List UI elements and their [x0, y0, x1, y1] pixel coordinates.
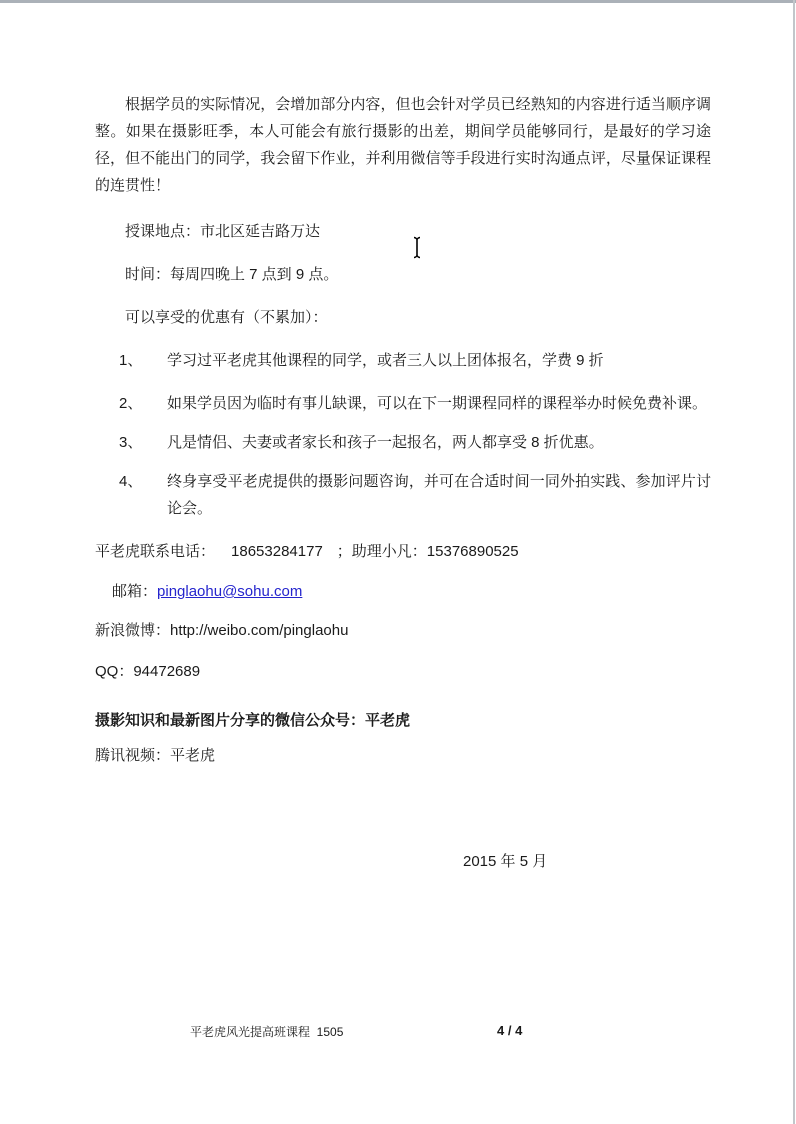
assistant-number: 15376890525: [427, 543, 519, 560]
list-item-text: 如果学员因为临时有事儿缺课，可以在下一期课程同样的课程举办时候免费补课。: [167, 395, 707, 412]
discount-item-2: 2、 如果学员因为临时有事儿缺课，可以在下一期课程同样的课程举办时候免费补课。: [95, 390, 711, 417]
list-item-text: 终身享受平老虎提供的摄影问题咨询，并可在合适时间一同外拍实践、参加评片讨论会。: [167, 473, 711, 517]
assistant-label: ；助理小凡：: [337, 543, 427, 560]
discount-intro-line: 可以享受的优惠有（不累加）：: [95, 304, 711, 331]
email-label: 邮箱：: [112, 583, 157, 600]
window-chrome-edge: [0, 0, 796, 3]
intro-paragraph: 根据学员的实际情况，会增加部分内容，但也会针对学员已经熟知的内容进行适当顺序调整…: [95, 91, 711, 199]
discount-item-1: 1、 学习过平老虎其他课程的同学，或者三人以上团体报名，学费 9 折: [95, 347, 711, 374]
list-number: 3、: [119, 429, 142, 456]
discount-item-3: 3、 凡是情侣、夫妻或者家长和孩子一起报名，两人都享受 8 折优惠。: [95, 429, 711, 456]
page-edge-line: [793, 0, 795, 1124]
document-body[interactable]: 根据学员的实际情况，会增加部分内容，但也会针对学员已经熟知的内容进行适当顺序调整…: [95, 91, 711, 875]
document-page: 根据学员的实际情况，会增加部分内容，但也会针对学员已经熟知的内容进行适当顺序调整…: [0, 0, 796, 1124]
discount-item-4: 4、 终身享受平老虎提供的摄影问题咨询，并可在合适时间一同外拍实践、参加评片讨论…: [95, 468, 711, 522]
i-beam-text-cursor-icon: [411, 236, 423, 259]
page-footer: 平老虎风光提高班课程 1505 4 / 4: [0, 1020, 796, 1044]
list-item-text: 学习过平老虎其他课程的同学，或者三人以上团体报名，学费 9 折: [167, 352, 604, 369]
phone-line: 平老虎联系电话：18653284177；助理小凡：15376890525: [95, 538, 711, 565]
phone-label: 平老虎联系电话：: [95, 543, 215, 560]
qq-line: QQ：94472689: [95, 658, 711, 685]
email-line: 邮箱：pinglaohu@sohu.com: [95, 578, 711, 605]
list-number: 4、: [119, 468, 142, 495]
footer-page-number: 4 / 4: [497, 1022, 522, 1040]
footer-course-title: 平老虎风光提高班课程 1505: [190, 1023, 343, 1041]
phone-number: 18653284177: [231, 543, 323, 560]
time-line: 时间：每周四晚上 7 点到 9 点。: [95, 261, 711, 288]
list-item-text: 凡是情侣、夫妻或者家长和孩子一起报名，两人都享受 8 折优惠。: [167, 434, 604, 451]
wechat-public-account-line: 摄影知识和最新图片分享的微信公众号：平老虎: [95, 707, 711, 734]
email-hyperlink[interactable]: pinglaohu@sohu.com: [157, 583, 302, 600]
tencent-video-line: 腾讯视频：平老虎: [95, 742, 711, 769]
list-number: 1、: [119, 347, 142, 374]
location-line: 授课地点：市北区延吉路万达: [95, 218, 711, 245]
weibo-line: 新浪微博：http://weibo.com/pinglaohu: [95, 617, 711, 644]
list-number: 2、: [119, 390, 142, 417]
date-line: 2015 年 5 月: [95, 848, 711, 875]
